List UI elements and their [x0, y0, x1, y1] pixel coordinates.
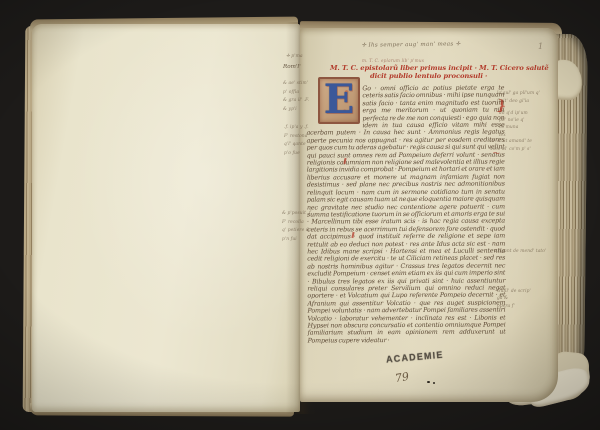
gutter-margin-note: ✛ p'ma — [286, 54, 303, 59]
rubric-line-1: M. T. C. epistolarũ liber primus incipit… — [330, 64, 554, 72]
right-margin-gloss-cluster: Guill' de scrip'ga &opera f' — [497, 288, 549, 310]
right-margin-gloss-cluster: a ligant de mend' tato' — [494, 248, 558, 257]
right-margin-gloss-cluster: la'gul' ga pll'um q'finit' deo gl'ia — [497, 90, 552, 106]
page-number: 79 — [394, 370, 410, 385]
gloss-line: p'o fue — [284, 150, 318, 159]
rubric: M. T. C. epistolarũ liber primus incipit… — [330, 64, 554, 80]
pretitle-note: m. T. C. eplarum lib' p'mus — [362, 58, 424, 63]
gloss-line: co'muna — [499, 124, 549, 131]
gloss-line: q' petiere & — [282, 227, 318, 236]
left-margin-gloss-cluster: & ae' stim'p' offia& gra il' .F.& yp'i — [283, 80, 317, 114]
gloss-line: ga & — [497, 295, 549, 302]
gloss-line: p' offia — [283, 89, 317, 98]
gloss-line: ib' a' ut amand' te — [490, 138, 552, 146]
roma-margin-note: Rom'l' — [283, 64, 301, 70]
gloss-line: & p'posuit .f. — [282, 210, 318, 219]
manuscript-body-text: Go · omni officio ac potius pietate erga… — [306, 84, 505, 344]
left-blank-page — [32, 24, 300, 412]
gloss-line: a ligant de mend' tato' — [494, 248, 558, 257]
gloss-line: .f. ip'a y .f. — [284, 124, 318, 133]
gloss-line: opera f' — [497, 303, 549, 310]
right-margin-gloss-cluster: ali q'd ip'umpll' no'ie q'co'munalex — [499, 110, 549, 139]
gloss-line: pll' no'ie q' — [499, 117, 549, 124]
gloss-line: voce al' co'm p' s' — [490, 146, 552, 154]
gloss-line: p'n fui — [282, 236, 318, 245]
gloss-line: & ae' stim' — [283, 80, 317, 89]
gloss-line: & yp'i — [283, 106, 317, 115]
right-margin-gloss-cluster: ib' a' ut amand' tevoce al' co'm p' s' — [490, 138, 552, 153]
ink-spot — [433, 382, 435, 384]
gloss-line: finit' deo gl'ia — [497, 98, 552, 106]
ink-spot — [427, 381, 430, 383]
gloss-line: F' recolla — [282, 219, 318, 228]
manuscript-photo: ✛ Ihs semper aug' man' meas ✛ 1 ✛ p'ma R… — [0, 0, 600, 430]
gloss-line: ali q'd ip'um — [499, 110, 549, 117]
left-margin-gloss-cluster: .f. ip'a y .f.F' restonaq'l' qantep'o fu… — [284, 124, 318, 158]
rubric-line-2: dicit publio lentulo proconsuli · — [370, 72, 554, 80]
folio-number: 1 — [538, 42, 543, 51]
left-margin-gloss-cluster: & p'posuit .f.F' recollaq' petiere &p'n … — [282, 210, 318, 244]
gloss-line: & gra il' .F. — [283, 97, 317, 106]
gloss-line: F' restona — [284, 133, 318, 142]
gloss-line: q'l' qante — [284, 141, 318, 150]
gloss-line: la'gul' ga pll'um q' — [497, 90, 552, 98]
gloss-line: Guill' de scrip' — [497, 288, 549, 295]
